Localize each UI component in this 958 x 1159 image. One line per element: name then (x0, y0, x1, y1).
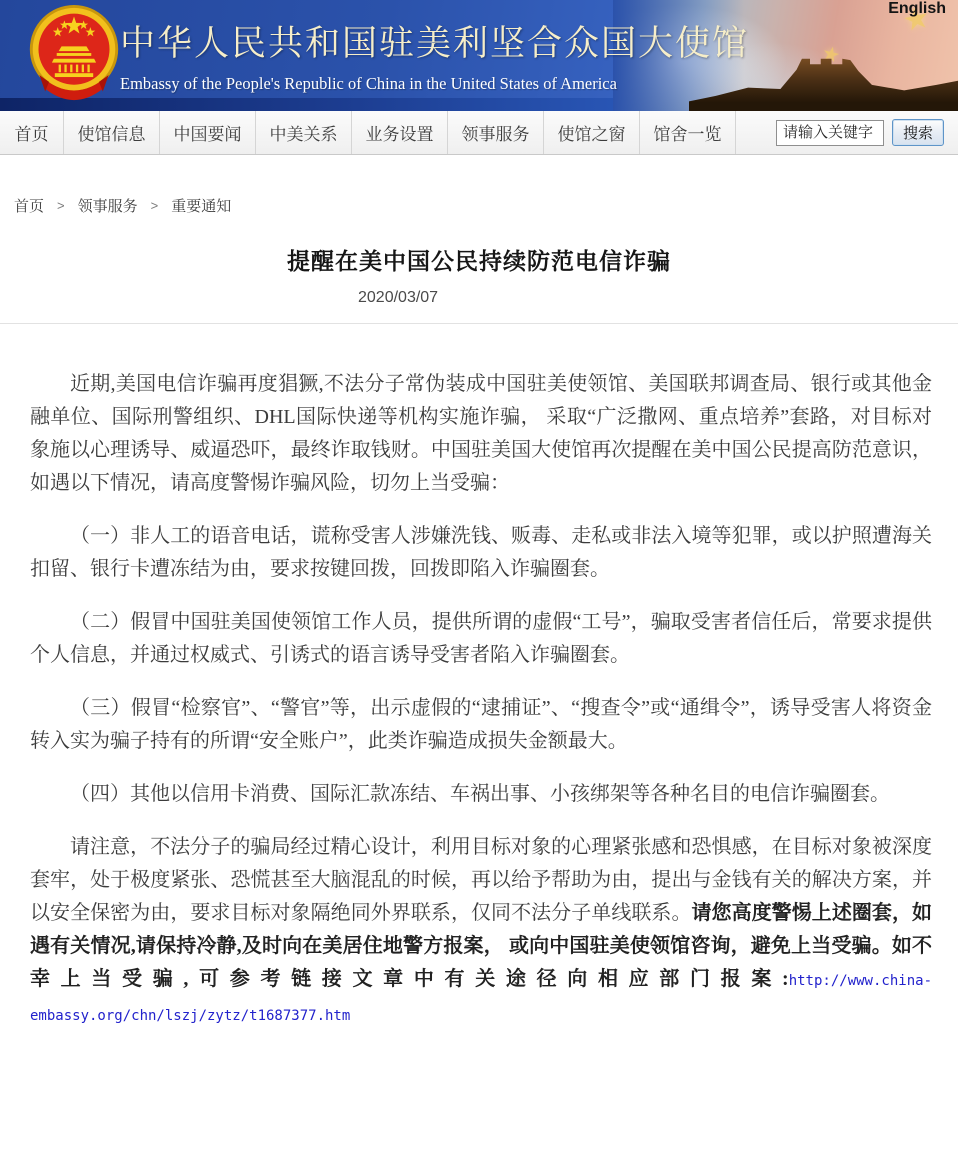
article-closing-paragraph: 请注意，不法分子的骗局经过精心设计，利用目标对象的心理紧张感和恐惧感，在目标对象… (30, 831, 932, 1033)
article-body: 近期,美国电信诈骗再度猖獗,不法分子常伪装成中国驻美使领馆、美国联邦调查局、银行… (0, 324, 958, 1033)
breadcrumb-home[interactable]: 首页 (14, 195, 44, 216)
breadcrumb-important-notice[interactable]: 重要通知 (171, 195, 231, 216)
site-title-english: Embassy of the People's Republic of Chin… (120, 74, 749, 94)
breadcrumb-separator: > (151, 198, 159, 213)
article-paragraph: （四）其他以信用卡消费、国际汇款冻结、车祸出事、小孩绑架等各种名目的电信诈骗圈套… (30, 778, 932, 811)
article-paragraph: （一）非人工的语音电话，谎称受害人涉嫌洗钱、贩毒、走私或非法入境等犯罪，或以护照… (30, 520, 932, 586)
china-national-emblem-icon (26, 4, 122, 104)
site-titles: 中华人民共和国驻美利坚合众国大使馆 Embassy of the People'… (120, 16, 749, 94)
breadcrumb-consular-service[interactable]: 领事服务 (78, 195, 138, 216)
nav-item-embassy-info[interactable]: 使馆信息 (64, 111, 160, 154)
breadcrumb-separator: > (57, 198, 65, 213)
article-paragraph: 近期,美国电信诈骗再度猖獗,不法分子常伪装成中国驻美使领馆、美国联邦调查局、银行… (30, 368, 932, 500)
nav-item-china-us-relations[interactable]: 中美关系 (256, 111, 352, 154)
article-title: 提醒在美中国公民持续防范电信诈骗 (0, 243, 958, 276)
nav-item-home[interactable]: 首页 (0, 111, 64, 154)
article-paragraph: （二）假冒中国驻美国使领馆工作人员，提供所谓的虚假“工号”，骗取受害者信任后，常… (30, 606, 932, 672)
breadcrumb: 首页 > 领事服务 > 重要通知 (14, 195, 958, 216)
article-paragraph: （三）假冒“检察官”、“警官”等，出示虚假的“逮捕证”、“搜查令”或“通缉令”，… (30, 692, 932, 758)
search-input[interactable] (776, 120, 884, 146)
site-title-chinese: 中华人民共和国驻美利坚合众国大使馆 (120, 16, 749, 66)
nav-item-consular-service[interactable]: 领事服务 (448, 111, 544, 154)
nav-item-buildings-overview[interactable]: 馆舍一览 (640, 111, 736, 154)
nav-item-embassy-window[interactable]: 使馆之窗 (544, 111, 640, 154)
main-navigation: 首页 使馆信息 中国要闻 中美关系 业务设置 领事服务 使馆之窗 馆舍一览 搜索 (0, 111, 958, 155)
english-language-link[interactable]: English (888, 0, 946, 18)
nav-item-services[interactable]: 业务设置 (352, 111, 448, 154)
article-date: 2020/03/07 (0, 289, 958, 307)
nav-item-china-news[interactable]: 中国要闻 (160, 111, 256, 154)
site-header: 中华人民共和国驻美利坚合众国大使馆 Embassy of the People'… (0, 0, 958, 111)
search-area: 搜索 (736, 111, 958, 154)
search-button[interactable]: 搜索 (892, 119, 944, 146)
